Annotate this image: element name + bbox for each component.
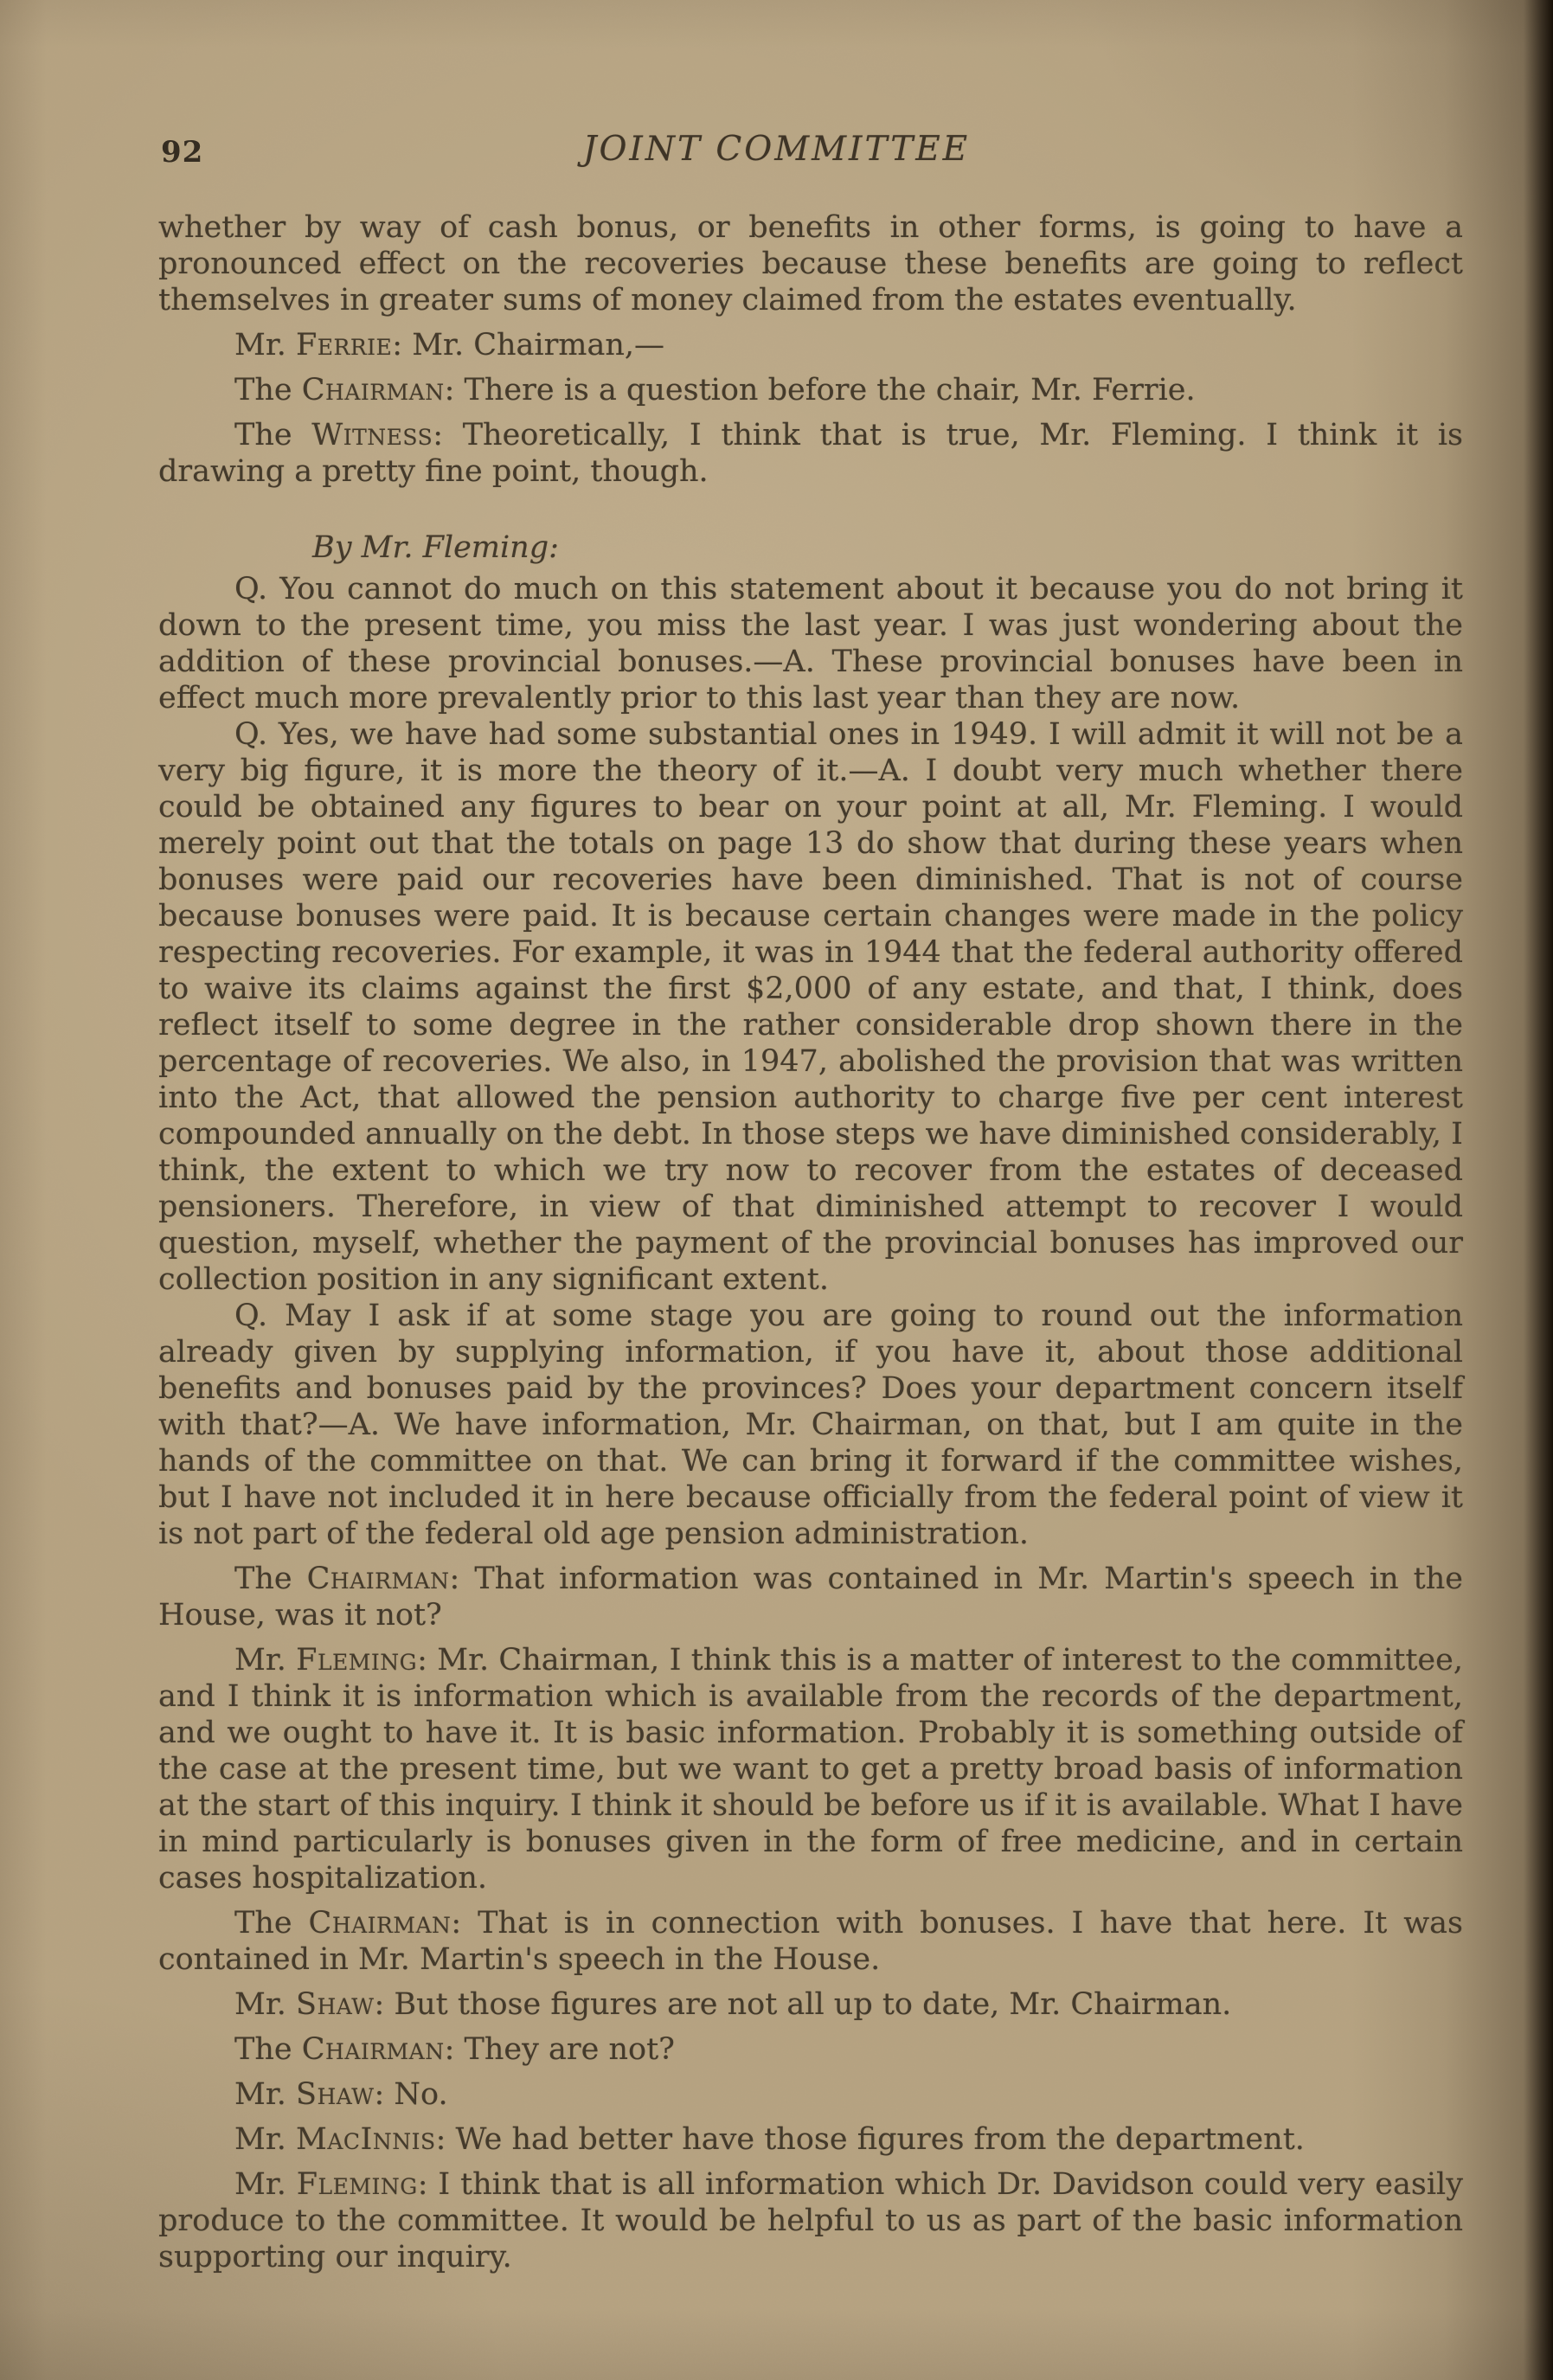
paragraph: The Witness: Theoretically, I think that… xyxy=(158,417,1463,490)
paragraph: Q. Yes, we have had some substantial one… xyxy=(158,716,1463,1298)
page-header: 92 JOINT COMMITTEE xyxy=(0,130,1553,182)
text-run: Mr. xyxy=(234,1643,296,1678)
text-run: Mr. xyxy=(234,328,296,362)
speaker-name: Shaw xyxy=(296,1987,375,2022)
text-run: Mr. xyxy=(234,2077,296,2112)
italic-text: By Mr. Fleming: xyxy=(312,530,559,565)
paragraph: Q. May I ask if at some stage you are go… xyxy=(158,1298,1463,1552)
text-run: The xyxy=(234,418,311,452)
paragraph: whether by way of cash bonus, or benefit… xyxy=(158,209,1463,318)
speaker-name: Ferrie xyxy=(296,328,392,362)
speaker-name: Witness xyxy=(311,418,433,452)
text-run: : Mr. Chairman, I think this is a matter… xyxy=(158,1643,1463,1896)
text-run: Mr. xyxy=(234,2122,296,2157)
running-title: JOINT COMMITTEE xyxy=(0,130,1553,169)
text-run: : They are not? xyxy=(445,2032,675,2067)
speaker-name: Chairman xyxy=(309,1906,452,1941)
speaker-name: MacInnis xyxy=(296,2122,436,2157)
speaker-name: Chairman xyxy=(307,1562,450,1596)
text-run: Mr. xyxy=(234,2167,297,2202)
paragraph: By Mr. Fleming: xyxy=(158,529,1463,566)
text-run: : We had better have those figures from … xyxy=(436,2122,1305,2157)
paragraph: Q. You cannot do much on this statement … xyxy=(158,571,1463,716)
text-run: Q. Yes, we have had some substantial one… xyxy=(158,717,1463,1297)
paragraph: Mr. Shaw: But those figures are not all … xyxy=(158,1986,1463,2023)
text-run: The xyxy=(234,1906,309,1941)
document-page: 92 JOINT COMMITTEE whether by way of cas… xyxy=(0,0,1553,2380)
paragraph: The Chairman: They are not? xyxy=(158,2031,1463,2068)
paragraph: Mr. Shaw: No. xyxy=(158,2076,1463,2113)
paragraph: Mr. Ferrie: Mr. Chairman,— xyxy=(158,327,1463,363)
text-run: Q. You cannot do much on this statement … xyxy=(158,572,1463,715)
paragraph: The Chairman: That information was conta… xyxy=(158,1561,1463,1633)
text-run: : There is a question before the chair, … xyxy=(445,373,1196,407)
text-run: whether by way of cash bonus, or benefit… xyxy=(158,210,1463,318)
text-run: : But those figures are not all up to da… xyxy=(375,1987,1232,2022)
speaker-name: Fleming xyxy=(296,1643,417,1678)
page-body: whether by way of cash bonus, or benefit… xyxy=(158,209,1463,2275)
text-run: The xyxy=(234,373,302,407)
paragraph: Mr. Fleming: Mr. Chairman, I think this … xyxy=(158,1642,1463,1896)
speaker-name: Chairman xyxy=(302,2032,445,2067)
paragraph: The Chairman: That is in connection with… xyxy=(158,1905,1463,1978)
speaker-name: Fleming xyxy=(297,2167,418,2202)
text-run: The xyxy=(234,1562,307,1596)
text-run: : Mr. Chairman,— xyxy=(392,328,664,362)
speaker-name: Shaw xyxy=(296,2077,375,2112)
text-run: Q. May I ask if at some stage you are go… xyxy=(158,1299,1463,1551)
text-run: : No. xyxy=(375,2077,448,2112)
speaker-name: Chairman xyxy=(302,373,445,407)
paragraph: Mr. Fleming: I think that is all informa… xyxy=(158,2166,1463,2275)
text-run: The xyxy=(234,2032,302,2067)
paragraph: Mr. MacInnis: We had better have those f… xyxy=(158,2121,1463,2158)
text-run: Mr. xyxy=(234,1987,296,2022)
paragraph: The Chairman: There is a question before… xyxy=(158,372,1463,408)
